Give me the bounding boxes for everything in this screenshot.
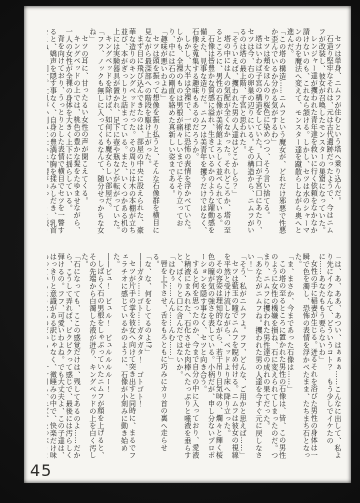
paragraph: 石造り堅牢なそれは、元は古代遺跡だったようで、今はニムフが改装し、彼女が召喚した…	[317, 28, 333, 234]
paragraph: 石像は皆豊かな質感に溢れ、生きているかのような躍動感を備えた、見事な造りだ。ニム…	[191, 28, 215, 234]
paragraph: 塔はいわば子宮の構造をしていた。入口が子宮口にあたり、セツは今、右の卵巣の辺りに…	[238, 28, 262, 234]
paragraph: 「あなたがニムフね。攫われた男の人達を今すぐ元に戻しなさい！」	[246, 253, 262, 461]
paragraph: まず目に飛び込んできたのは、部屋の中央に設えられた、豪華な造りのキングベッドだっ…	[112, 28, 144, 234]
page-number: 45	[30, 461, 52, 480]
paragraph: セツは単身、ニムフが住むという塔へ乗り込んだ。	[333, 28, 341, 234]
paragraph: キングベッドの上では、桃色の豊かな髪をたゆませながら、一人の女性が全裸の身体を大…	[64, 28, 80, 234]
paragraph: 「ま、まさか、今まであった石像は……」	[286, 253, 294, 461]
paragraph: しかし、大半は全裸で、一様に恐怖の表情を浮かべていた。しかも、全裸のものは男根が…	[167, 28, 191, 234]
text-block-upper: セツは単身、ニムフが住むという塔へ乗り込んだ。石造り堅牢なそれは、元は古代遺跡だ…	[47, 28, 341, 234]
paragraph: セツは頭を振って想像を振り払うと、そんな石像群を横目に見ながら最深部への階段を駆…	[143, 28, 159, 234]
paragraph: 「は、あ、ああ、あつい、はぁぁぁ……こんなに出して、私より先にイクなんて、どうい…	[317, 253, 341, 461]
paragraph: 「石になっても、ここの感覚だけは、残してあるのよ……だから、こうして弄れば、ビク…	[47, 253, 80, 461]
paragraph: 「趣味が悪いわよね」	[159, 28, 167, 234]
paragraph: すると何を思ったのか、今まで自分の中に入っており、愛液と精液にまみれた、石化させ…	[175, 253, 199, 461]
paragraph: ――ビュ！ ビュル！ ビュルルルルー！	[104, 253, 112, 461]
paragraph: セツの耳に、甘ったるい女性の声が聞こえてくる。	[80, 28, 88, 234]
paragraph: レンジャー達が攫われた青年達を救いに行く依頼をなかなか請けないのも、これなら頷け…	[286, 28, 318, 234]
paragraph: 「はむぅ……んん……んむ……」	[167, 253, 175, 461]
paragraph: 「この塔の構造……ニムフという魔女が、どれだけ邪悪で性悪か歪んでいるか分かる気が…	[270, 28, 286, 234]
paragraph: この塔の至るところに置かれた男性の石像は、皆、この男性のように女性の機嫌を損ね、…	[262, 253, 286, 461]
paragraph: 女性の手に稲妻が生じる。迸るそれを浴びた男性の身体は一瞬で色を濁し、恐怖の表情を…	[294, 253, 318, 461]
book-page: セツは単身、ニムフが住むという塔へ乗り込んだ。石造り堅牢なそれは、元は古代遺跡だ…	[24, 6, 351, 483]
paragraph: セツは藍玉の瞳でニムフを睨め付ける。ニムフは彼女の視線を平然と受け流しながら、ベ…	[222, 253, 238, 461]
paragraph: 「そう、私がニムフよ。フフ、どんな、ご用かと思えば……」	[238, 253, 246, 461]
paragraph: その容姿は理知的ながら、若干吊り目気味の、爛々と輝く桜色の瞳が気の強さを表してい…	[199, 253, 223, 461]
paragraph: しばらく石の男根をしゃぶっていたニムフが顔を上げると、その先端から白濁した液が迸…	[80, 253, 104, 461]
paragraph: セツが片手の掌を彼女へ向けて突き出すと同時に、まるでフェラチオに感じているかのよ…	[112, 253, 136, 461]
scan-background: セツは単身、ニムフが住むという塔へ乗り込んだ。石造り堅牢なそれは、元は古代遺跡だ…	[0, 0, 360, 503]
paragraph: 「フフ、ノックも無しに入ってくるなんて、随分せっかちな女ね」	[88, 28, 104, 234]
paragraph: セツは頬をほんのり桜色に染めつつ、そう言い捨てる。	[262, 28, 270, 234]
text-block-lower: 「は、あ、ああ、あつい、はぁぁぁ……こんなに出して、私より先にイクなんて、どうい…	[47, 253, 341, 461]
paragraph: 「な、な、何をしてるのよ!?」	[143, 253, 151, 461]
paragraph: キングベッドを除けば、如何にも魔女らしい部屋だ。	[104, 28, 112, 234]
paragraph: ――ガタ……ゴト……ガタガタ！ ゴトゴト！	[135, 253, 143, 461]
paragraph: 唇を上下させ、舌をもろともに巧みにカリ首の裏へ走らせる。	[151, 253, 167, 461]
paragraph: 背を向けており、うっとりとした表情で横目でセツを一瞥すると、嬌声を隠す事なく、自…	[47, 28, 64, 234]
paragraph: 塔の中には人の気配が全くなかった。それどころか、塔の至るところに、男性の石像が美…	[215, 28, 231, 234]
paragraph: 「そういえば、攫われた男の人達はどこかしら？」	[230, 28, 238, 234]
